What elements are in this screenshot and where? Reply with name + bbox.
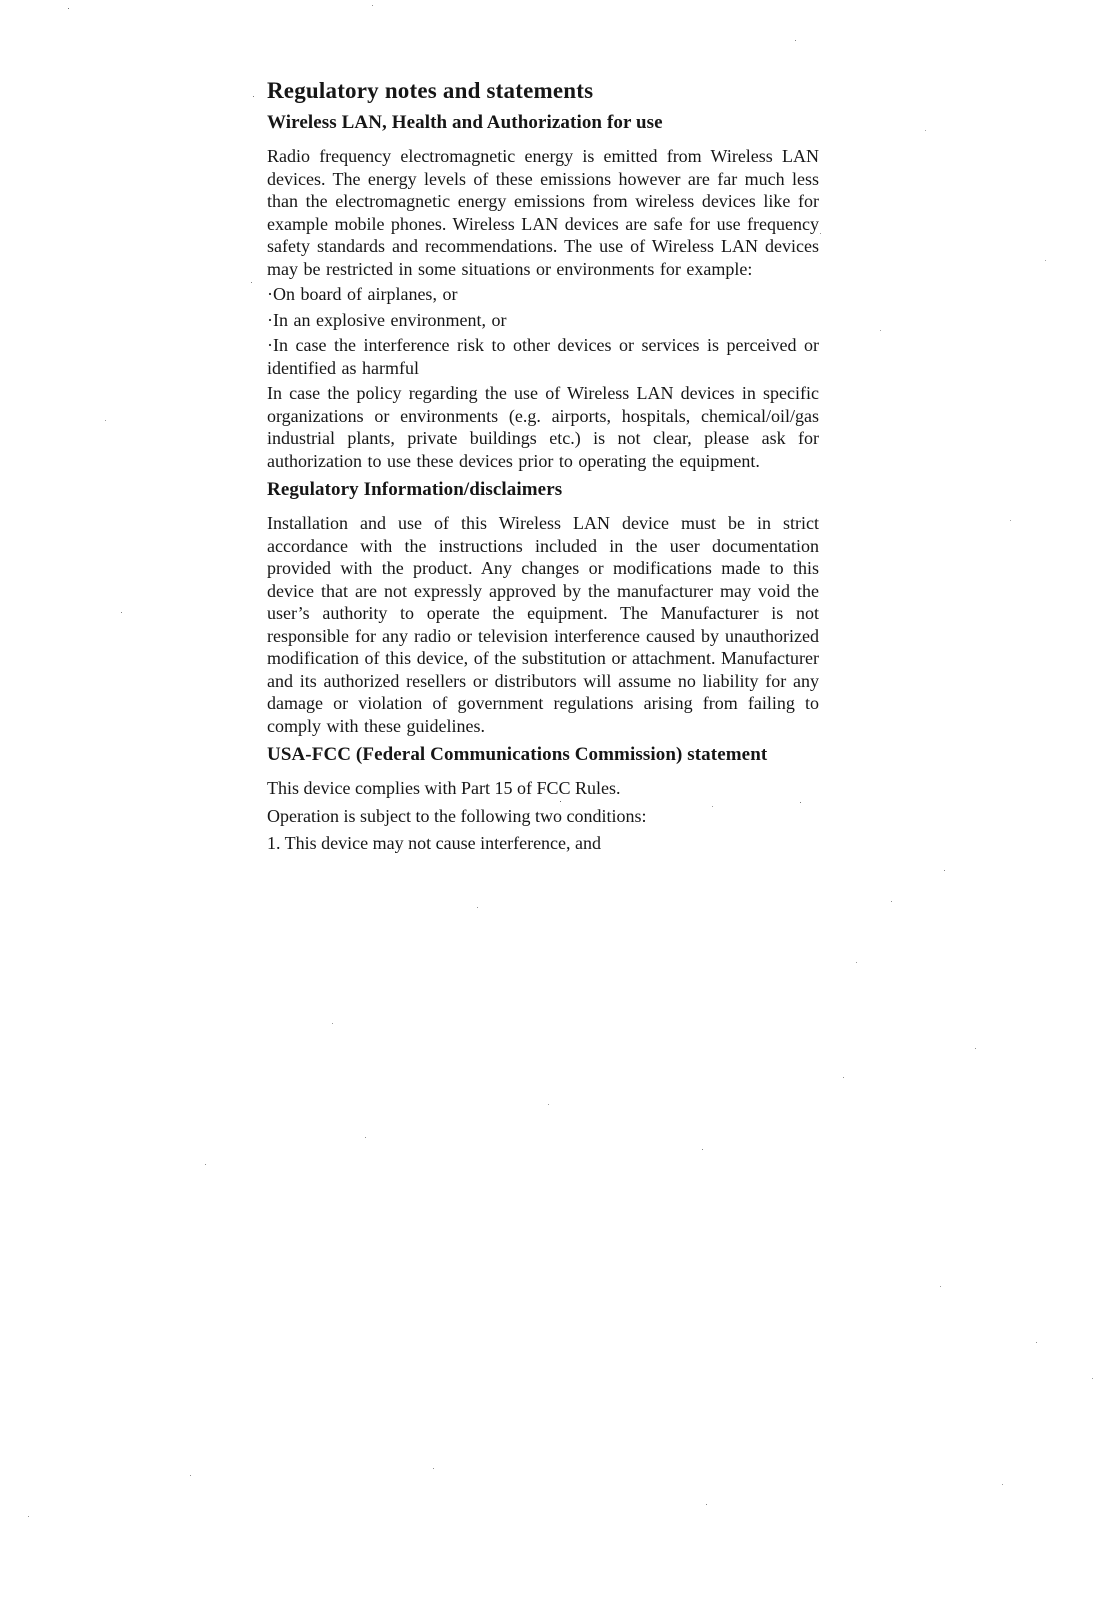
bullet-item-interference: ·In case the interference risk to other … [267,334,819,379]
bullet-list: ·On board of airplanes, or ·In an explos… [267,283,819,379]
page-title: Regulatory notes and statements [267,78,819,104]
health-paragraph-2: In case the policy regarding the use of … [267,382,819,472]
disclaimers-paragraph: Installation and use of this Wireless LA… [267,512,819,737]
scan-noise [0,0,1,1]
fcc-condition-1-line: 1. This device may not cause interferenc… [267,832,819,855]
bullet-item-explosive: ·In an explosive environment, or [267,309,819,332]
section-heading-fcc: USA-FCC (Federal Communications Commissi… [267,744,819,766]
section-heading-health: Wireless LAN, Health and Authorization f… [267,112,819,134]
section-heading-disclaimers: Regulatory Information/disclaimers [267,479,819,501]
health-paragraph-1: Radio frequency electromagnetic energy i… [267,145,819,280]
bullet-item-airplanes: ·On board of airplanes, or [267,283,819,306]
document-page: Regulatory notes and statements Wireless… [267,78,819,860]
fcc-compliance-line: This device complies with Part 15 of FCC… [267,777,819,800]
fcc-conditions-line: Operation is subject to the following tw… [267,805,819,828]
